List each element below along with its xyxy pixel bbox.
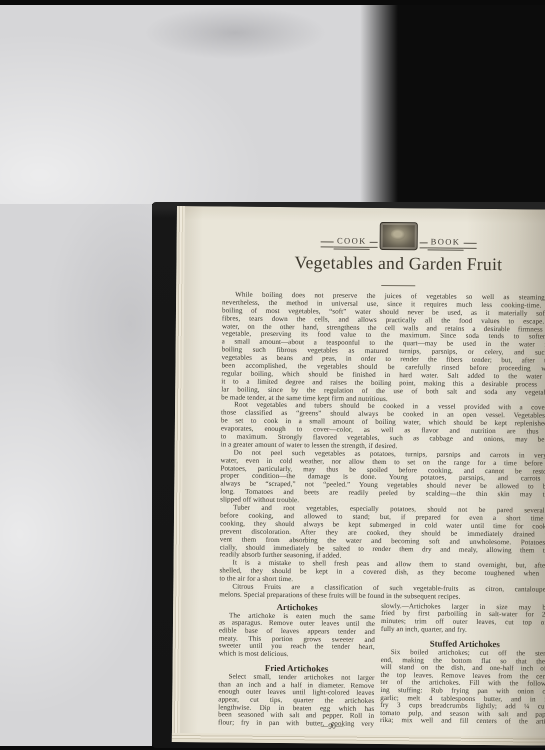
heading-artichokes: Artichokes [219, 601, 375, 612]
artichokes-paragraph: The artichoke is eaten much the sameas a… [219, 612, 375, 659]
scanner-bed-left [0, 204, 152, 746]
scanned-book-canvas: COOK BOOK Vegetables and Garden Fruit Wh… [0, 0, 545, 750]
emblem-rule-right [463, 243, 476, 249]
heading-fried-artichokes: Fried Artichokes [219, 663, 375, 674]
intro-paragraph: While boiling does not preserve the juic… [221, 291, 545, 405]
emblem-rule-inner-left [370, 242, 378, 248]
kitchen-scene-icon [380, 222, 418, 250]
recipe-columns: Artichokes The artichoke is eaten much t… [218, 601, 545, 730]
cook-book-emblem: COOK BOOK [223, 222, 545, 251]
right-column: slowly.—Artichokes larger in size may be… [380, 603, 545, 727]
emblem-word-cook: COOK [334, 236, 370, 250]
emblem-rule-left [321, 241, 334, 247]
page-content: COOK BOOK Vegetables and Garden Fruit Wh… [218, 206, 545, 730]
intro-section: While boiling does not preserve the juic… [219, 291, 545, 602]
text-line: which is most delicious. [219, 650, 375, 659]
page-number: —90— [308, 721, 356, 730]
intro-paragraph: Tuber and root vegetables, especially po… [220, 504, 545, 563]
intro-paragraph: Root vegetables and tubers should be coo… [221, 402, 545, 453]
fried-artichokes-paragraph: Select small, tender artichokes not larg… [218, 674, 375, 729]
title-rule [381, 285, 415, 286]
fried-artichokes-continued-paragraph: slowly.—Artichokes larger in size may be… [381, 603, 545, 635]
intro-paragraph: Do not peel such vegetables as potatoes,… [220, 449, 545, 508]
emblem-word-book: BOOK [428, 236, 464, 250]
page-title: Vegetables and Garden Fruit [222, 251, 545, 275]
book-page: COOK BOOK Vegetables and Garden Fruit Wh… [172, 206, 545, 746]
emblem-rule-inner-right [420, 242, 428, 248]
intro-paragraph: Citrous Fruits are a classification of s… [219, 583, 545, 602]
scanner-bed-top [0, 5, 545, 204]
text-line: rika; mix well and fill centers of the a… [380, 717, 545, 726]
stuffed-artichokes-paragraph: Six boiled artichokes; cut off the steme… [380, 649, 545, 727]
text-line: fully an inch, quarter, and fry. [381, 625, 545, 634]
left-column: Artichokes The artichoke is eaten much t… [218, 601, 375, 728]
heading-stuffed-artichokes: Stuffed Artichokes [381, 638, 545, 650]
intro-paragraph: It is a mistake to shell fresh peas and … [219, 560, 545, 587]
